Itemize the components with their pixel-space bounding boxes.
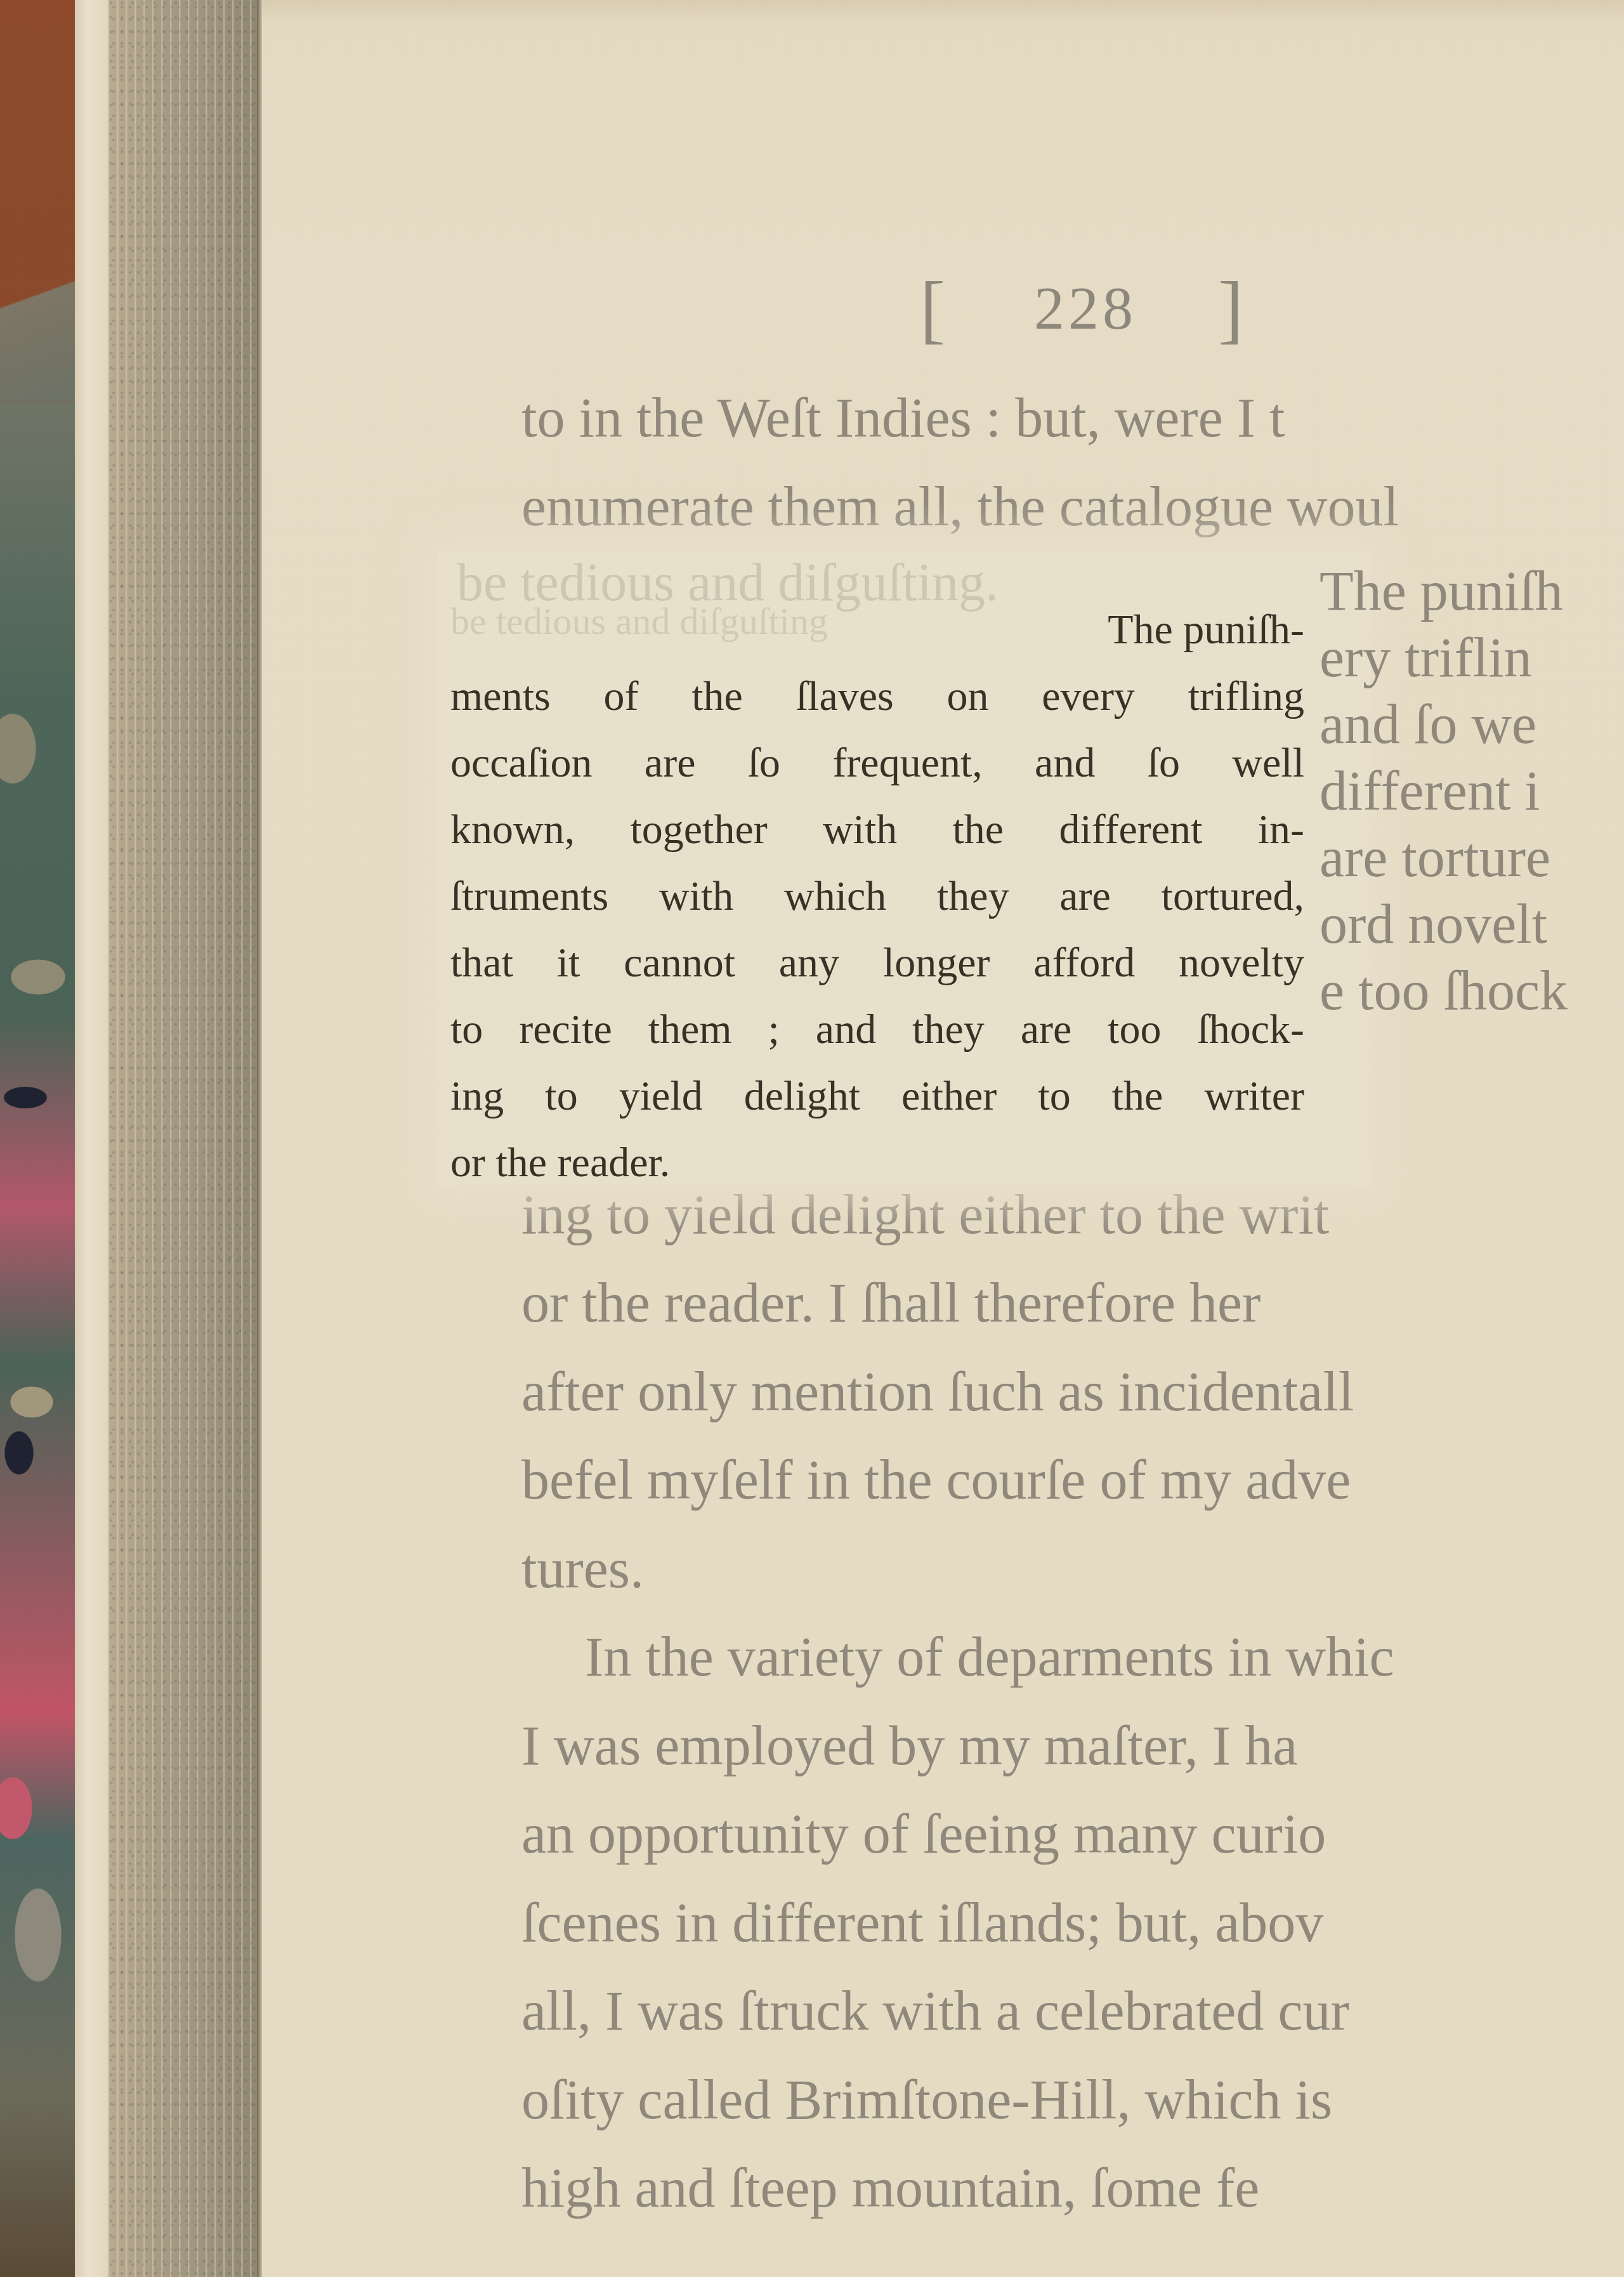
text-line: high and ſteep mountain, ſome fe bbox=[521, 2144, 1624, 2233]
page-stack-shadow bbox=[257, 0, 262, 2277]
peek-line: different i bbox=[1319, 758, 1624, 825]
magnified-line: that it cannot any longer afford novelty bbox=[450, 929, 1304, 996]
paragraph-start-line: In the variety of deparments in whic bbox=[521, 1613, 1624, 1702]
magnifier-overlay: be tedious and diſguſting. be tedious an… bbox=[438, 552, 1370, 1186]
peek-line: are torture bbox=[1319, 825, 1624, 891]
text-line: enumerate them all, the catalogue woul bbox=[521, 463, 1624, 552]
text-line: to in the Weſt Indies : but, were I t bbox=[521, 374, 1624, 463]
text-line: befel myſelf in the courſe of my adve bbox=[521, 1436, 1624, 1525]
magnified-line: ing to yield delight either to the write… bbox=[450, 1063, 1304, 1129]
endpaper-fold bbox=[0, 209, 75, 400]
text-line: after only mention ſuch as incidentall bbox=[521, 1348, 1624, 1437]
magnified-line: or the reader. bbox=[450, 1129, 1304, 1196]
magnified-line: The puniſh- bbox=[450, 596, 1304, 663]
marbled-endpaper bbox=[0, 0, 75, 2277]
text-line: tures. bbox=[521, 1525, 1624, 1614]
page-number: 228 bbox=[1034, 273, 1137, 343]
binding-strip bbox=[75, 0, 108, 2277]
text-line: or the reader. I ſhall therefore her bbox=[521, 1259, 1624, 1348]
page-number-bracket-right: ] bbox=[1218, 265, 1247, 353]
magnified-passage: The puniſh- ments of the ſlaves on every… bbox=[450, 596, 1304, 1196]
text-line: oſity called Brimſtone-Hill, which is bbox=[521, 2056, 1624, 2145]
page-stack-edges bbox=[108, 0, 261, 2277]
peek-line: e too ſhock bbox=[1319, 958, 1624, 1025]
text-line: all, I was ſtruck with a celebrated cur bbox=[521, 1967, 1624, 2056]
right-peek-text: The puniſh ery triflin and ſo we differe… bbox=[1319, 558, 1624, 1025]
peek-line: The puniſh bbox=[1319, 558, 1624, 625]
text-line: ſcenes in different iſlands; but, abov bbox=[521, 1879, 1624, 1968]
peek-line: and ſo we bbox=[1319, 692, 1624, 758]
text-line: I was employed by my maſter, I ha bbox=[521, 1702, 1624, 1791]
magnified-line: known, together with the different in- bbox=[450, 796, 1304, 863]
magnified-line: to recite them ; and they are too ſhock- bbox=[450, 996, 1304, 1063]
magnified-line: occaſion are ſo frequent, and ſo well bbox=[450, 730, 1304, 796]
peek-line: ord novelt bbox=[1319, 891, 1624, 958]
page-number-bracket-left: [ bbox=[920, 265, 949, 353]
text-line: an opportunity of ſeeing many curio bbox=[521, 1790, 1624, 1879]
magnified-line: ſtruments with which they are tortured, bbox=[450, 863, 1304, 929]
page-header: [ 228 ] bbox=[920, 259, 1275, 348]
peek-line: ery triflin bbox=[1319, 625, 1624, 692]
magnified-line: ments of the ſlaves on every trifling bbox=[450, 663, 1304, 730]
